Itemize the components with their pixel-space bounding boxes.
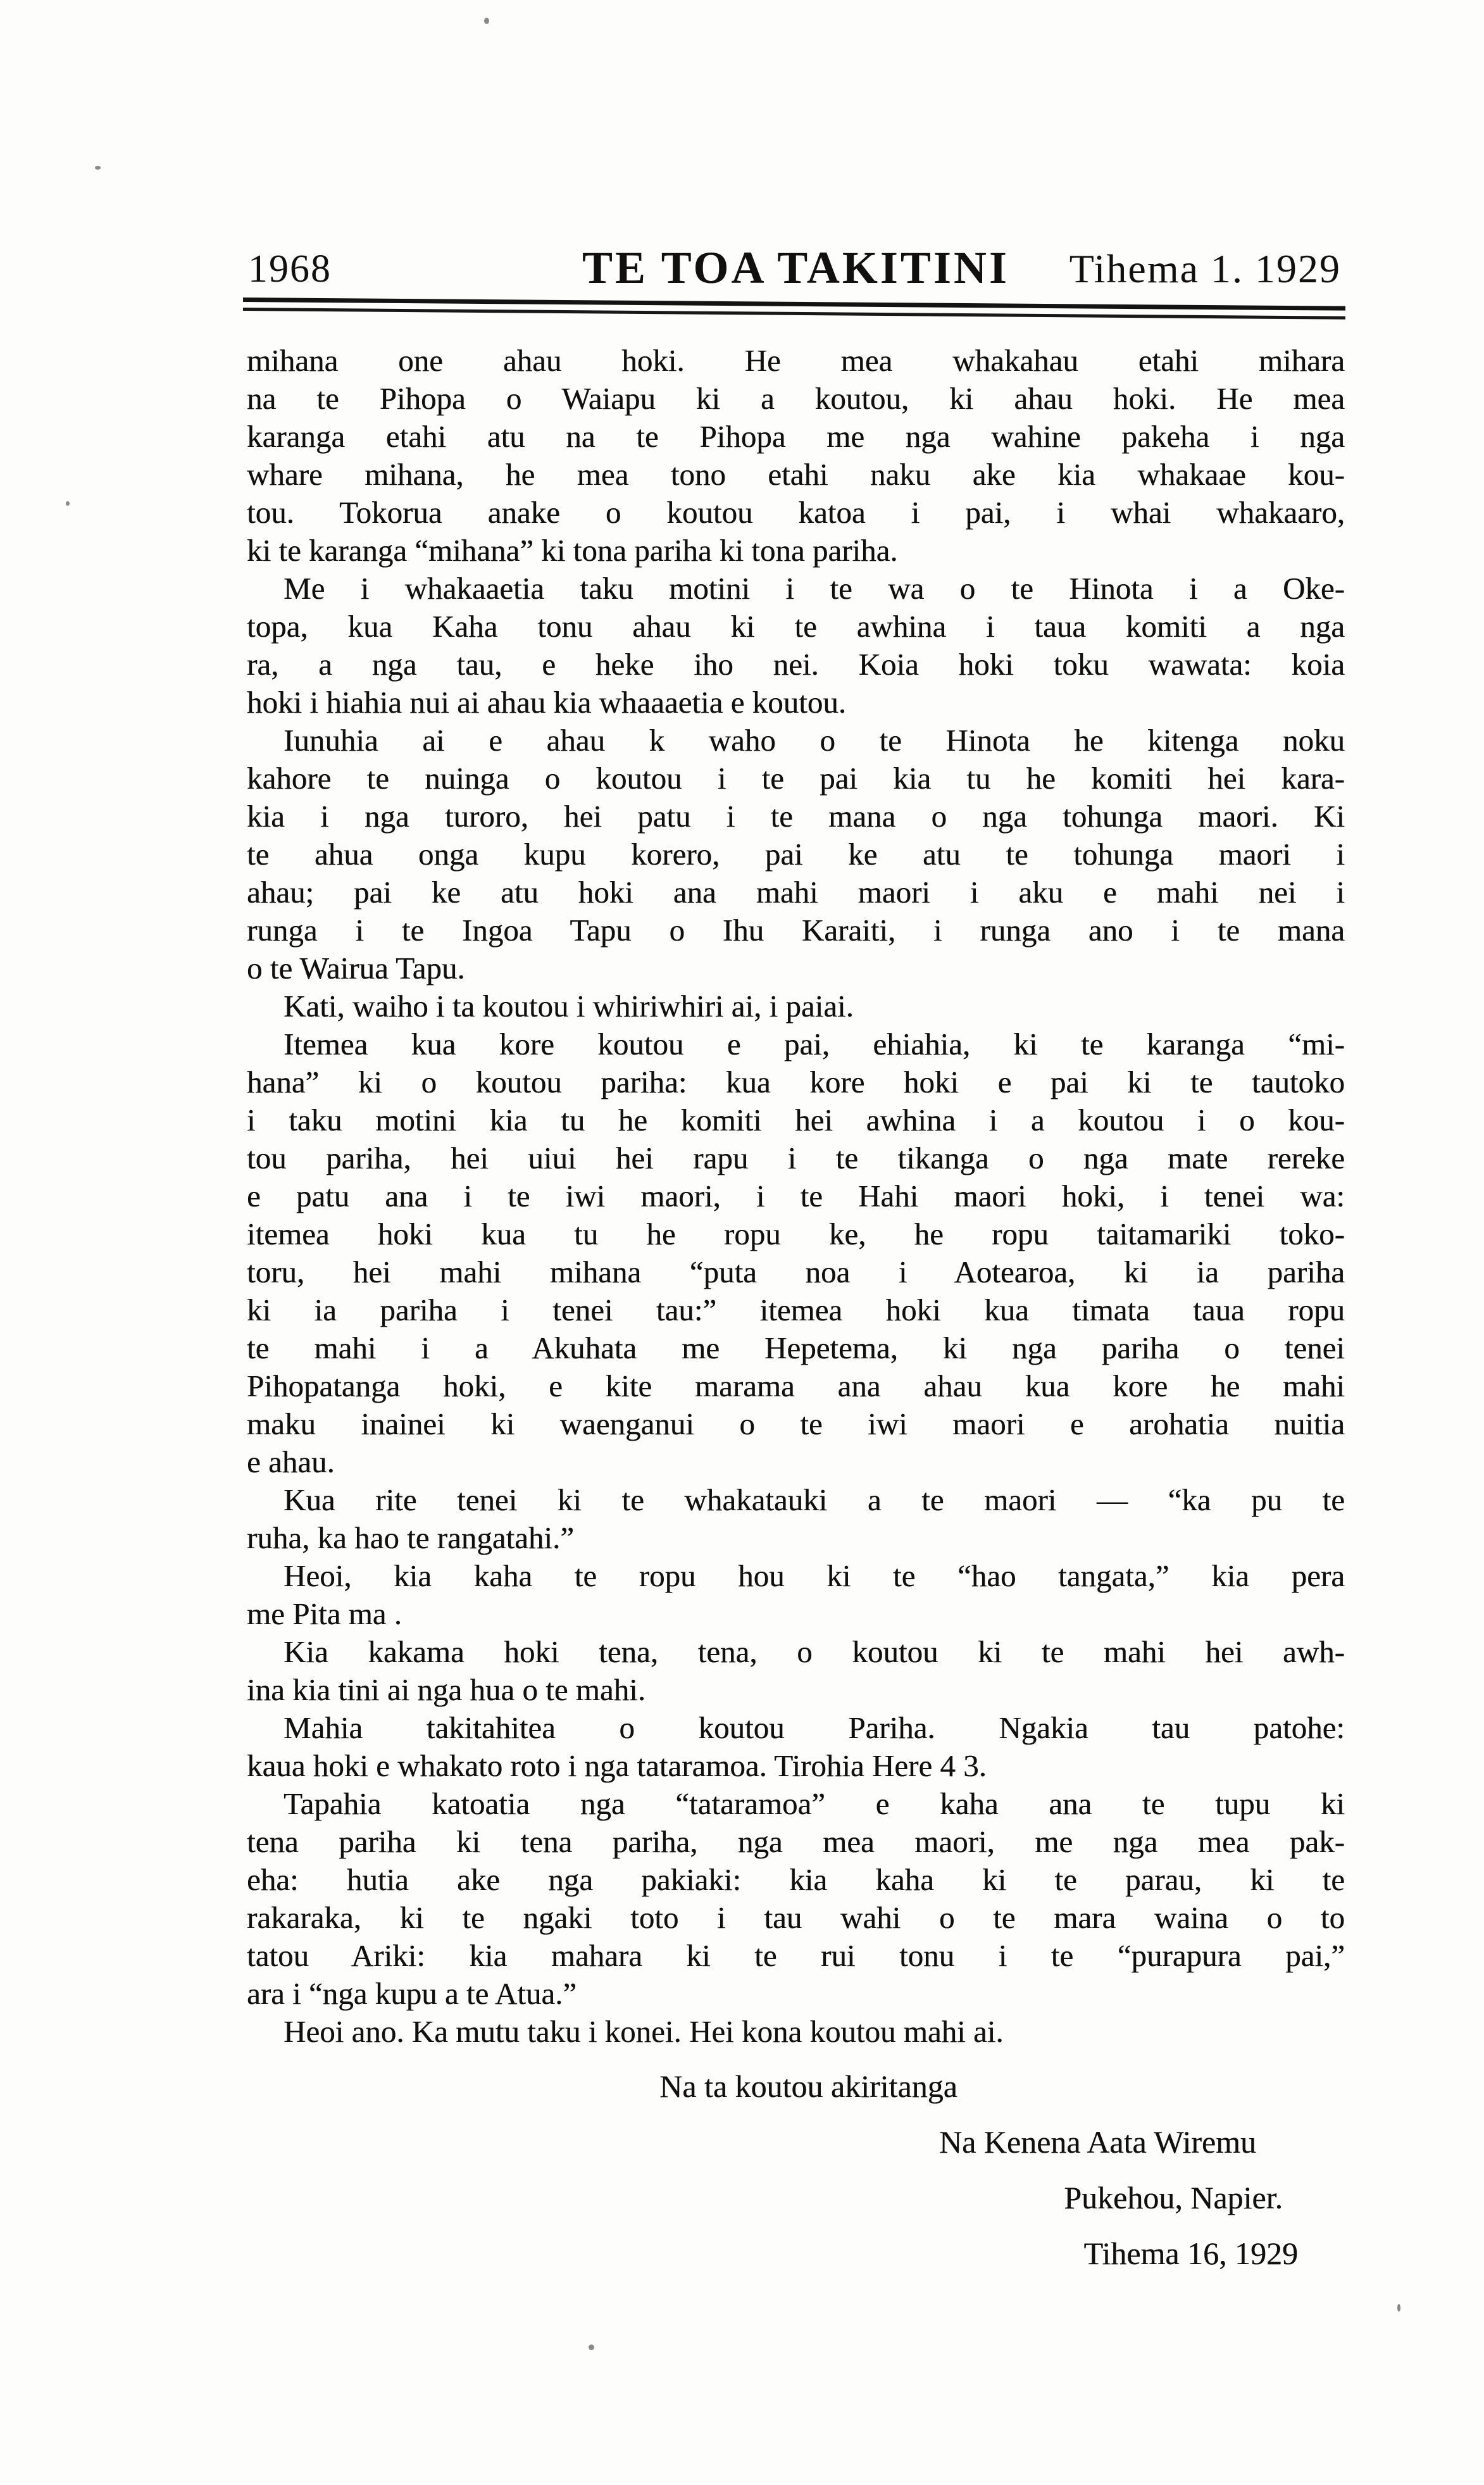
text-line: ki ia pariha i tenei tau:” itemea hoki k… [247, 1291, 1345, 1329]
text-line: eha: hutia ake nga pakiaki: kia kaha ki … [247, 1861, 1345, 1899]
text-line: tou. Tokorua anake o koutou katoa i pai,… [247, 494, 1345, 532]
text-line: topa, kua Kaha tonu ahau ki te awhina i … [247, 608, 1345, 646]
document-page: 1968 TE TOA TAKITINI Tihema 1. 1929 miha… [0, 0, 1484, 2485]
text-line: Kati, waiho i ta koutou i whiriwhiri ai,… [247, 987, 1345, 1025]
paragraph: Kati, waiho i ta koutou i whiriwhiri ai,… [247, 987, 1345, 1025]
text-line: rakaraka, ki te ngaki toto i tau wahi o … [247, 1899, 1345, 1937]
text-line: karanga etahi atu na te Pihopa me nga wa… [247, 418, 1345, 456]
paragraph: Kua rite tenei ki te whakatauki a te mao… [247, 1481, 1345, 1557]
text-line: o te Wairua Tapu. [247, 949, 1345, 987]
valediction-line: Na ta koutou akiritanga [259, 2058, 1357, 2114]
text-line: itemea hoki kua tu he ropu ke, he ropu t… [247, 1215, 1345, 1253]
text-line: runga i te Ingoa Tapu o Ihu Karaiti, i r… [247, 911, 1345, 949]
text-line: e patu ana i te iwi maori, i te Hahi mao… [247, 1177, 1345, 1215]
text-line: e ahau. [247, 1443, 1345, 1481]
text-line: Kua rite tenei ki te whakatauki a te mao… [247, 1481, 1345, 1519]
paragraph: Itemea kua kore koutou e pai, ehiahia, k… [247, 1025, 1345, 1481]
text-line: Heoi ano. Ka mutu taku i konei. Hei kona… [247, 2013, 1345, 2051]
text-line: whare mihana, he mea tono etahi naku ake… [247, 456, 1345, 494]
paragraph: mihana one ahau hoki. He mea whakahau et… [247, 342, 1345, 570]
text-line: Heoi, kia kaha te ropu hou ki te “hao ta… [247, 1557, 1345, 1595]
text-line: ina kia tini ai nga hua o te mahi. [247, 1671, 1345, 1709]
text-line: ra, a nga tau, e heke iho nei. Koia hoki… [247, 646, 1345, 684]
page-number: 1968 [248, 247, 332, 292]
scan-speck [589, 2344, 594, 2350]
paragraph: Me i whakaaetia taku motini i te wa o te… [247, 570, 1345, 722]
text-line: toru, hei mahi mihana “puta noa i Aotear… [247, 1253, 1345, 1291]
text-line: Pihopatanga hoki, e kite marama ana ahau… [247, 1367, 1345, 1405]
text-line: ki te karanga “mihana” ki tona pariha ki… [247, 532, 1345, 570]
article-body: mihana one ahau hoki. He mea whakahau et… [247, 342, 1345, 2051]
scan-speck [95, 166, 101, 170]
text-line: hoki i hiahia nui ai ahau kia whaaaetia … [247, 684, 1345, 722]
paragraph: Kia kakama hoki tena, tena, o koutou ki … [247, 1633, 1345, 1709]
text-line: te mahi i a Akuhata me Hepetema, ki nga … [247, 1329, 1345, 1367]
text-line: kaua hoki e whakato roto i nga tataramoa… [247, 1747, 1345, 1785]
issue-date: Tihema 1. 1929 [1069, 246, 1341, 292]
text-line: ara i “nga kupu a te Atua.” [247, 1975, 1345, 2013]
text-line: Iunuhia ai e ahau k waho o te Hinota he … [247, 722, 1345, 760]
paragraph: Iunuhia ai e ahau k waho o te Hinota he … [247, 722, 1345, 987]
scan-speck [66, 501, 70, 506]
text-line: na te Pihopa o Waiapu ki a koutou, ki ah… [247, 380, 1345, 418]
text-line: i taku motini kia tu he komiti hei awhin… [247, 1101, 1345, 1139]
text-line: ahau; pai ke atu hoki ana mahi maori i a… [247, 873, 1345, 911]
text-line: me Pita ma . [247, 1595, 1345, 1633]
page-header: 1968 TE TOA TAKITINI Tihema 1. 1929 [247, 242, 1345, 299]
closing-date-line: Tihema 16, 1929 [247, 2225, 1345, 2281]
paragraph: Tapahia katoatia nga “tataramoa” e kaha … [247, 1785, 1345, 2013]
text-line: kahore te nuinga o koutou i te pai kia t… [247, 760, 1345, 798]
text-line: mihana one ahau hoki. He mea whakahau et… [247, 342, 1345, 380]
masthead-title: TE TOA TAKITINI [582, 242, 1009, 294]
text-line: tou pariha, hei uiui hei rapu i te tikan… [247, 1139, 1345, 1177]
rule-bottom-bar [243, 308, 1345, 320]
text-line: tena pariha ki tena pariha, nga mea maor… [247, 1823, 1345, 1861]
text-line: Itemea kua kore koutou e pai, ehiahia, k… [247, 1025, 1345, 1063]
text-line: ruha, ka hao te rangatahi.” [247, 1519, 1345, 1557]
text-line: Tapahia katoatia nga “tataramoa” e kaha … [247, 1785, 1345, 1823]
scan-speck [1397, 2304, 1400, 2312]
place-line: Pukehou, Napier. [247, 2170, 1345, 2225]
paragraph: Mahia takitahitea o koutou Pariha. Ngaki… [247, 1709, 1345, 1785]
header-double-rule [243, 297, 1345, 320]
paragraph: Heoi ano. Ka mutu taku i konei. Hei kona… [247, 2013, 1345, 2051]
signature-line: Na Kenena Aata Wiremu [247, 2114, 1345, 2170]
text-line: kia i nga turoro, hei patu i te mana o n… [247, 798, 1345, 836]
text-line: maku inainei ki waenganui o te iwi maori… [247, 1405, 1345, 1443]
text-line: tatou Ariki: kia mahara ki te rui tonu i… [247, 1937, 1345, 1975]
paragraph: Heoi, kia kaha te ropu hou ki te “hao ta… [247, 1557, 1345, 1633]
scan-speck [484, 18, 489, 24]
text-line: Mahia takitahitea o koutou Pariha. Ngaki… [247, 1709, 1345, 1747]
closing-block: Na ta koutou akiritanga Na Kenena Aata W… [247, 2058, 1345, 2281]
text-line: te ahua onga kupu korero, pai ke atu te … [247, 836, 1345, 873]
text-line: Kia kakama hoki tena, tena, o koutou ki … [247, 1633, 1345, 1671]
text-line: Me i whakaaetia taku motini i te wa o te… [247, 570, 1345, 608]
text-line: hana” ki o koutou pariha: kua kore hoki … [247, 1063, 1345, 1101]
